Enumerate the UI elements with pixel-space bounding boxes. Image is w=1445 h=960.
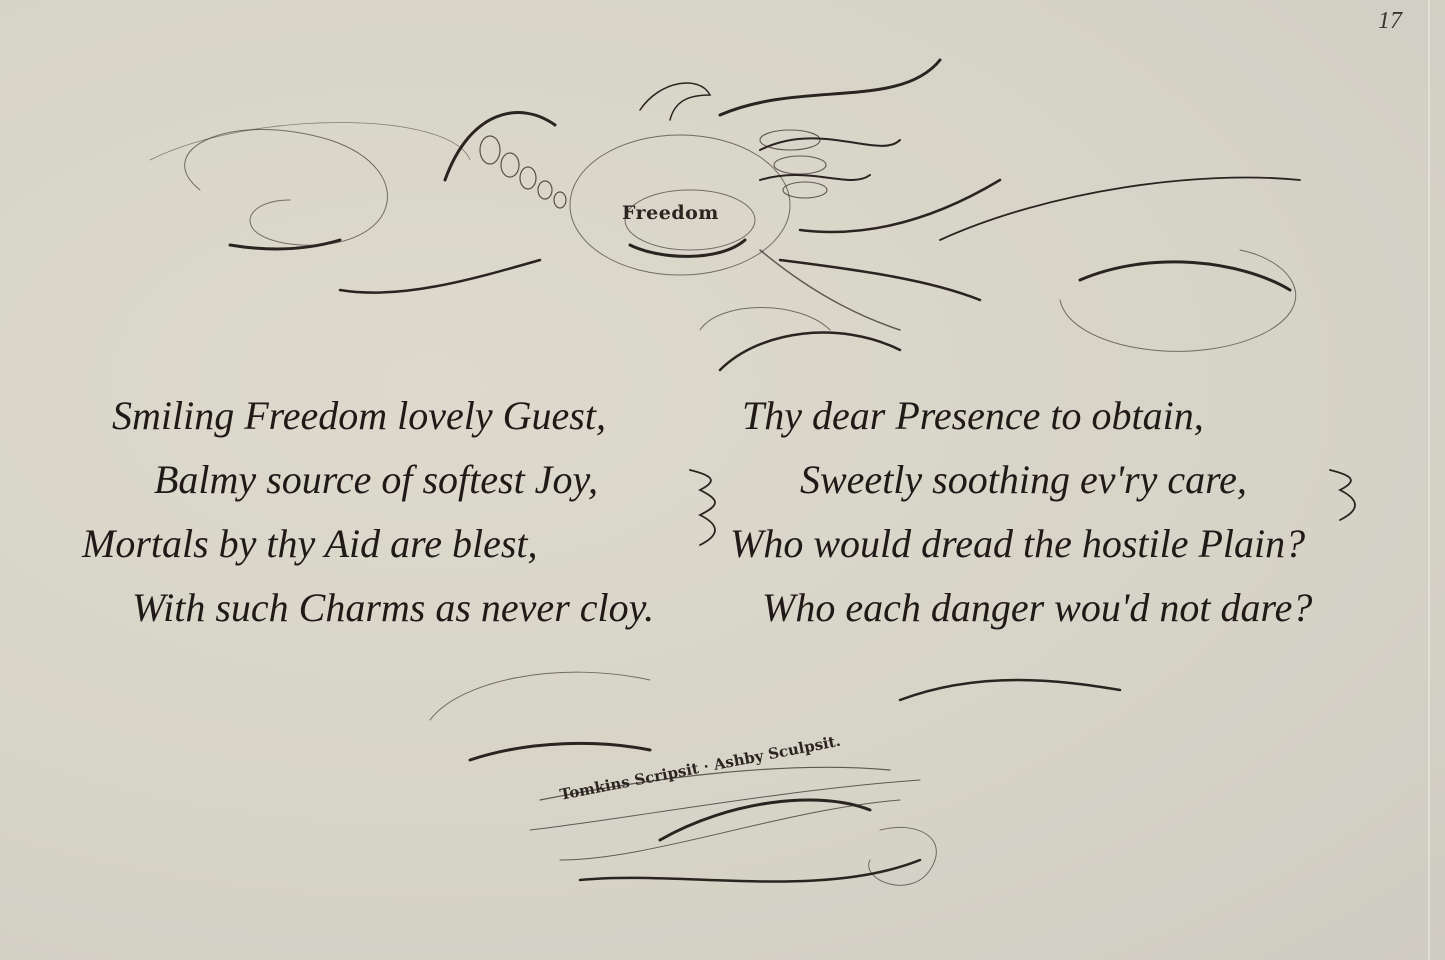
verse-line: With such Charms as never cloy. [112, 576, 654, 640]
verse-line: Mortals by thy Aid are blest, [82, 512, 654, 576]
stanza-left: Smiling Freedom lovely Guest, Balmy sour… [112, 384, 654, 640]
verse-line: Sweetly soothing ev'ry care, [742, 448, 1312, 512]
verse-line: Who would dread the hostile Plain? [730, 512, 1312, 576]
verse-line: Thy dear Presence to obtain, [742, 384, 1312, 448]
poem-title: Freedom [622, 202, 719, 224]
verse-line: Who each danger wou'd not dare? [742, 576, 1312, 640]
verse-line: Balmy source of softest Joy, [112, 448, 654, 512]
stanza-right: Thy dear Presence to obtain, Sweetly soo… [742, 384, 1312, 640]
verse-line: Smiling Freedom lovely Guest, [112, 384, 654, 448]
calligraphy-page: 17 [0, 0, 1445, 960]
